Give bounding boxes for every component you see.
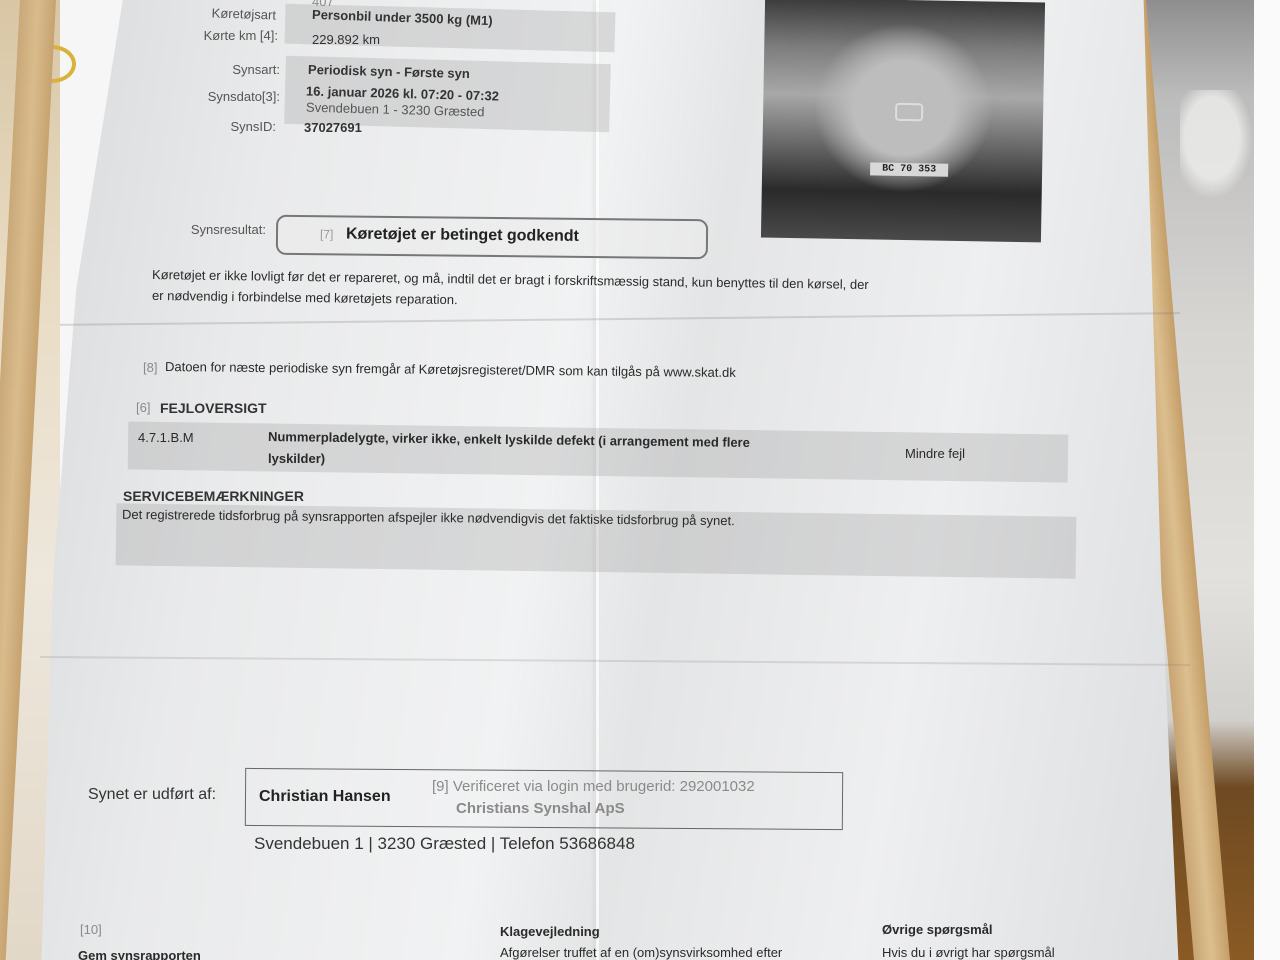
inspection-id-value: 37027691 — [304, 120, 362, 135]
result-box: [7] Køretøjet er betinget godkendt — [276, 215, 708, 260]
company-name: Christians Synshal ApS — [456, 800, 625, 817]
fault-code: 4.7.1.B.M — [138, 430, 194, 445]
inspection-date-label: Synsdato[3]: — [178, 89, 280, 104]
vehicle-type-label: Køretøjsart — [186, 4, 276, 22]
lace-doily — [1180, 90, 1260, 210]
signature-label: Synet er udført af: — [88, 786, 216, 804]
km-label: Kørte km [4]: — [180, 28, 278, 43]
result-ref: [7] — [320, 227, 333, 241]
company-address: Svendebuen 1 | 3230 Græsted | Telefon 53… — [254, 834, 635, 854]
km-value: 229.892 km — [312, 32, 380, 47]
footer-col2-heading: Klagevejledning — [500, 924, 600, 939]
service-notes-heading: SERVICEBEMÆRKNINGER — [123, 488, 304, 504]
license-plate: BC 70 353 — [870, 162, 948, 176]
fault-description-cont: lyskilder) — [268, 451, 325, 466]
result-label: Synsresultat: — [160, 222, 266, 237]
verification-text: [9] Verificeret via login med brugerid: … — [432, 778, 755, 795]
fault-severity: Mindre fejl — [905, 446, 965, 461]
image-border — [1254, 0, 1280, 960]
inspection-id-label: SynsID: — [190, 119, 276, 134]
faults-ref: [6] — [136, 400, 150, 415]
footer-ref: [10] — [80, 922, 102, 937]
car-badge — [895, 103, 923, 121]
footer-col3-heading: Øvrige spørgsmål — [882, 922, 993, 937]
result-value: Køretøjet er betinget godkendt — [346, 225, 579, 245]
next-inspection-ref: [8] — [143, 360, 157, 375]
inspector-name: Christian Hansen — [259, 788, 391, 806]
vehicle-front-photo: BC 70 353 — [761, 0, 1045, 242]
footer-col1-heading: Gem synsrapporten — [78, 948, 201, 960]
footer-col2-text: Afgørelser truffet af en (om)synsvirksom… — [500, 945, 782, 960]
faults-heading: FEJLOVERSIGT — [160, 400, 267, 416]
inspection-kind-label: Synsart: — [188, 62, 280, 77]
footer-col3-text: Hvis du i øvrigt har spørgsmål — [882, 945, 1055, 960]
